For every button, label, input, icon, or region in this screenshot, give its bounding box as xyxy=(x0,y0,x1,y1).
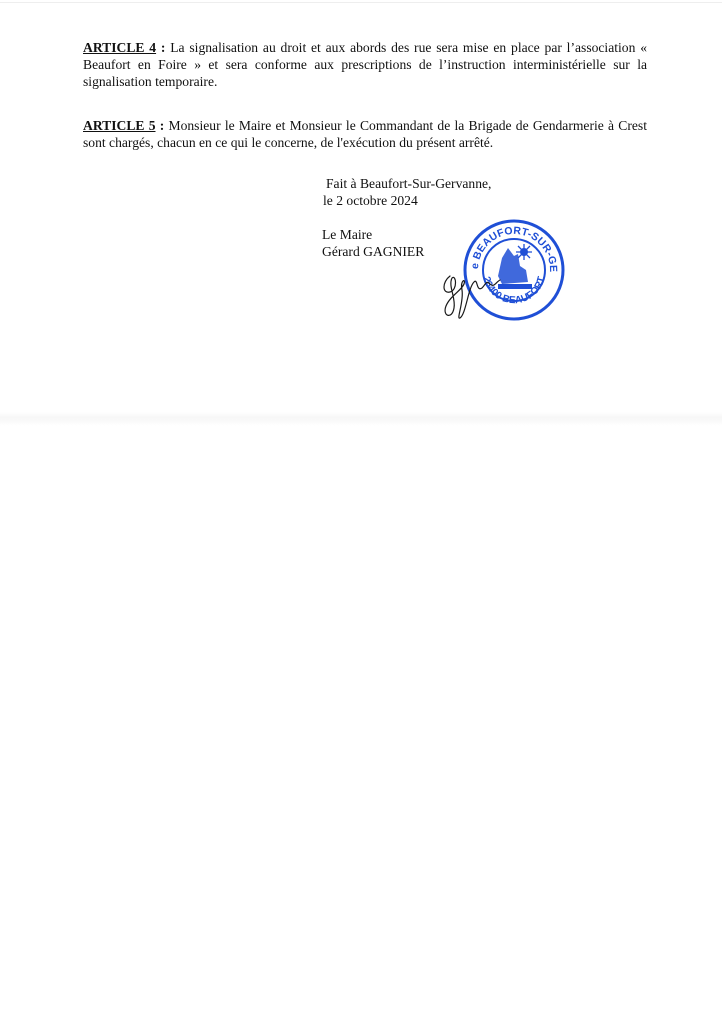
article-5-label: ARTICLE 5 xyxy=(83,118,156,133)
article-5-separator: : xyxy=(156,118,169,133)
signature-date: le 2 octobre 2024 xyxy=(323,192,418,209)
signatory-name: Gérard GAGNIER xyxy=(322,243,424,260)
mayor-signature xyxy=(438,268,508,323)
article-4: ARTICLE 4 : La signalisation au droit et… xyxy=(83,39,647,90)
page-top-edge xyxy=(0,2,722,3)
article-4-separator: : xyxy=(156,40,170,55)
article-4-label: ARTICLE 4 xyxy=(83,40,156,55)
signature-place: Fait à Beaufort-Sur-Gervanne, xyxy=(326,175,491,192)
signatory-role: Le Maire xyxy=(322,226,372,243)
page-separator xyxy=(0,412,722,426)
article-5-text: Monsieur le Maire et Monsieur le Command… xyxy=(83,118,647,150)
article-5: ARTICLE 5 : Monsieur le Maire et Monsieu… xyxy=(83,117,647,151)
